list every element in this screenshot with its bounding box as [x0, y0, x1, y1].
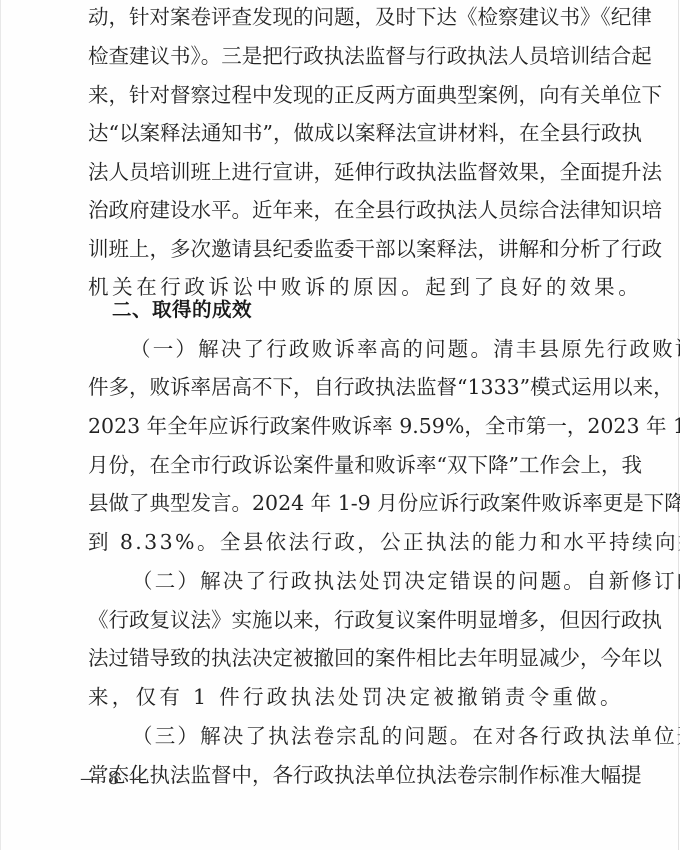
paragraph-line: 来，针对督察过程中发现的正反两方面典型案例，向有关单位下 [88, 80, 618, 110]
paragraph-line: 月份，在全市行政诉讼案件量和败诉率“双下降”工作会上，我 [88, 450, 618, 480]
document-page: 动，针对案卷评查发现的问题，及时下达《检察建议书》《纪律 检查建议书》。三是把行… [0, 0, 680, 850]
paragraph-line: 检查建议书》。三是把行政执法监督与行政执法人员培训结合起 [88, 41, 618, 71]
paragraph-line: 到 8.33%。全县依法行政，公正执法的能力和水平持续向好。 [88, 527, 618, 557]
paragraph-line: 常态化执法监督中，各行政执法单位执法卷宗制作标准大幅提 [88, 760, 618, 790]
paragraph-line: 县做了典型发言。2024 年 1-9 月份应诉行政案件败诉率更是下降 [88, 488, 618, 518]
paragraph-line: 动，针对案卷评查发现的问题，及时下达《检察建议书》《纪律 [88, 2, 618, 32]
page-edge-left [0, 0, 1, 850]
paragraph-line: 2023 年全年应诉行政案件败诉率 9.59%，全市第一，2023 年 12 [88, 411, 618, 441]
paragraph-line: （二）解决了行政执法处罚决定错误的问题。自新修订的 [132, 566, 618, 596]
paragraph-line: （三）解决了执法卷宗乱的问题。在对各行政执法单位开展 [132, 721, 618, 751]
paragraph-line: 件多，败诉率居高不下，自行政执法监督“1333”模式运用以来， [88, 372, 618, 402]
paragraph-line: 治政府建设水平。近年来，在全县行政执法人员综合法律知识培 [88, 195, 618, 225]
paragraph-line: 法人员培训班上进行宣讲，延伸行政执法监督效果，全面提升法 [88, 157, 618, 187]
paragraph-line: 达“以案释法通知书”，做成以案释法宣讲材料，在全县行政执 [88, 118, 618, 148]
paragraph-line: 训班上，多次邀请县纪委监委干部以案释法，讲解和分析了行政 [88, 234, 618, 264]
paragraph-line: 法过错导致的执法决定被撤回的案件相比去年明显减少，今年以 [88, 643, 618, 673]
section-heading: 二、取得的成效 [112, 295, 252, 325]
paragraph-line: （一）解决了行政败诉率高的问题。清丰县原先行政败诉案 [130, 334, 618, 364]
page-number: — 8 — [80, 768, 149, 789]
paragraph-line: 来，仅有 1 件行政执法处罚决定被撤销责令重做。 [88, 682, 618, 712]
paragraph-line: 《行政复议法》实施以来，行政复议案件明显增多，但因行政执 [88, 605, 618, 635]
